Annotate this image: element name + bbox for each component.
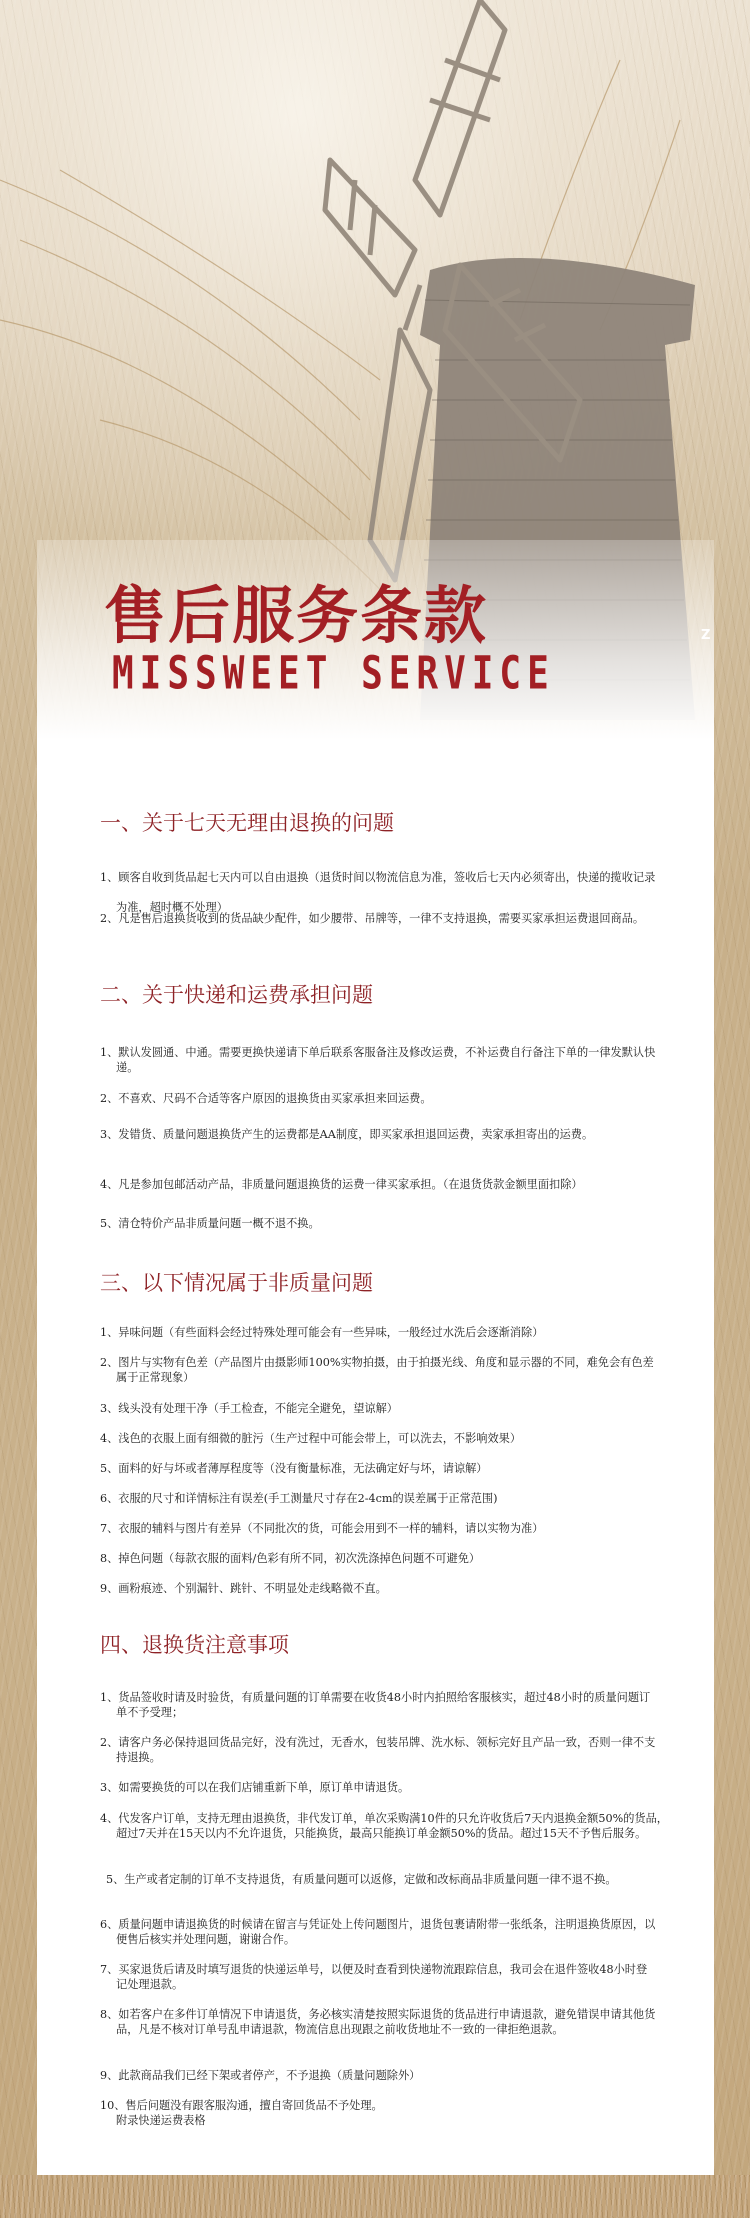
list-item: 3、线头没有处理干净（手工检查，不能完全避免，望谅解）: [100, 1401, 656, 1416]
list-item: 4、浅色的衣服上面有细微的脏污（生产过程中可能会带上，可以洗去，不影响效果）: [100, 1431, 656, 1446]
list-item: 1、货品签收时请及时验货，有质量问题的订单需要在收货48小时内拍照给客服核实，超…: [100, 1690, 656, 1720]
list-item: 1、异味问题（有些面料会经过特殊处理可能会有一些异味，一般经过水洗后会逐渐消除）: [100, 1325, 656, 1340]
list-item: 3、发错货、质量问题退换货产生的运费都是AA制度，即买家承担退回运费，卖家承担寄…: [100, 1127, 656, 1142]
list-item: 7、衣服的辅料与图片有差异（不同批次的货，可能会用到不一样的辅料，请以实物为准）: [100, 1521, 656, 1536]
footer-wheat-strip: [0, 2175, 750, 2218]
section-heading-2: 二、关于快递和运费承担问题: [100, 985, 373, 1006]
page-subtitle: MISSWEET SERVICE: [112, 652, 555, 697]
list-item: 9、画粉痕迹、个别漏针、跳针、不明显处走线略微不直。: [100, 1581, 656, 1596]
list-item: 6、质量问题申请退换货的时候请在留言与凭证处上传问题图片，退货包裹请附带一张纸条…: [100, 1917, 656, 1947]
list-item: 2、不喜欢、尺码不合适等客户原因的退换货由买家承担来回运费。: [100, 1091, 656, 1106]
list-item: 2、请客户务必保持退回货品完好，没有洗过，无香水，包装吊牌、洗水标、领标完好且产…: [100, 1735, 656, 1765]
list-item: 8、如若客户在多件订单情况下申请退货，务必核实清楚按照实际退货的货品进行申请退款…: [100, 2007, 676, 2037]
list-item: 3、如需要换货的可以在我们店铺重新下单，原订单申请退货。: [100, 1780, 656, 1795]
list-item: 1、默认发圆通、中通。需要更换快递请下单后联系客服备注及修改运费，不补运费自行备…: [100, 1045, 656, 1075]
list-item: 4、代发客户订单，支持无理由退换货，非代发订单，单次采购满10件的只允许收货后7…: [100, 1811, 676, 1841]
list-item: 5、生产或者定制的订单不支持退货，有质量问题可以返修，定做和改标商品非质量问题一…: [106, 1872, 662, 1887]
list-item: 2、图片与实物有色差（产品图片由摄影师100%实物拍摄，由于拍摄光线、角度和显示…: [100, 1355, 656, 1385]
list-item: 8、掉色问题（每款衣服的面料/色彩有所不同，初次洗涤掉色问题不可避免）: [100, 1551, 656, 1566]
list-item: 5、清仓特价产品非质量问题一概不退不换。: [100, 1216, 656, 1231]
list-item: 7、买家退货后请及时填写退货的快递运单号，以便及时查看到快递物流跟踪信息，我司会…: [100, 1962, 656, 1992]
watermark-mark: Z: [701, 628, 710, 643]
section-heading-3: 三、以下情况属于非质量问题: [100, 1273, 373, 1294]
list-item: 9、此款商品我们已经下架或者停产，不予退换（质量问题除外）: [100, 2068, 656, 2083]
list-item: 6、衣服的尺寸和详情标注有误差(手工测量尺寸存在2-4cm的误差属于正常范围): [100, 1491, 656, 1506]
appendix-note: 附录快递运费表格: [116, 2113, 206, 2128]
list-item: 4、凡是参加包邮活动产品，非质量问题退换货的运费一律买家承担。（在退货货款金额里…: [100, 1177, 656, 1192]
list-item: 5、面料的好与坏或者薄厚程度等（没有衡量标准，无法确定好与坏，请谅解）: [100, 1461, 656, 1476]
list-item: 2、凡是售后退换货收到的货品缺少配件，如少腰带、吊牌等，一律不支持退换，需要买家…: [100, 911, 656, 926]
list-item: 10、售后问题没有跟客服沟通，擅自寄回货品不予处理。: [100, 2098, 656, 2113]
section-heading-4: 四、退换货注意事项: [100, 1635, 289, 1656]
section-heading-1: 一、关于七天无理由退换的问题: [100, 813, 394, 834]
page-title: 售后服务条款: [104, 585, 488, 647]
